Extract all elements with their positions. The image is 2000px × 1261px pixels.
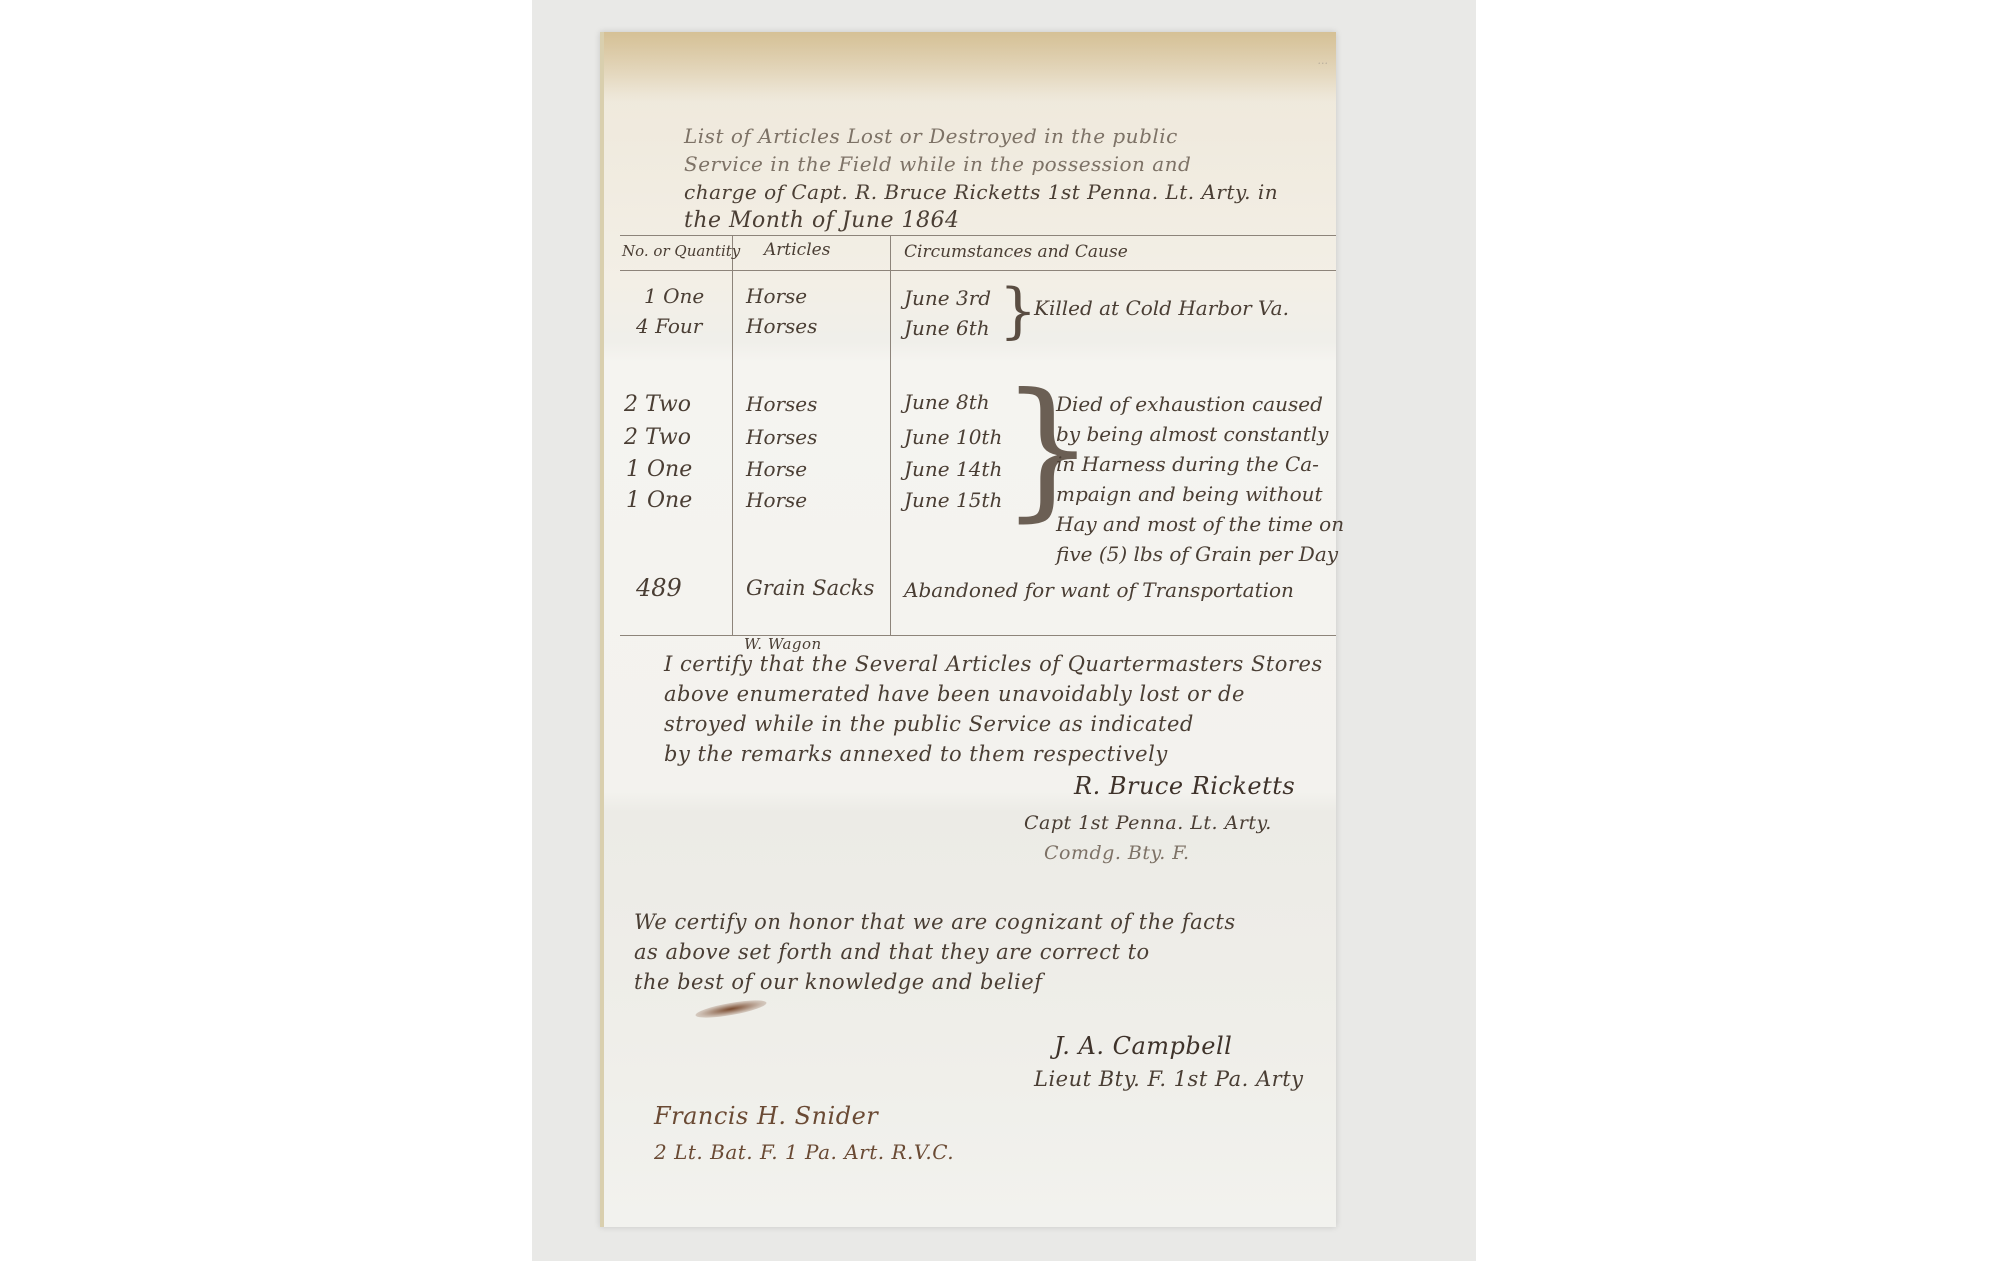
article-cell: Horses [746, 314, 817, 338]
quantity-cell: 4 Four [636, 314, 702, 338]
cause-line: Hay and most of the time on [1056, 512, 1344, 536]
table-top-rule [620, 235, 1336, 236]
header-articles: Articles [764, 240, 830, 260]
article-cell: Horse [746, 457, 807, 481]
quantity-cell: 489 [636, 574, 682, 602]
table-bottom-rule [620, 635, 1336, 636]
cause-line: Died of exhaustion caused [1056, 392, 1323, 416]
title-line-2: Service in the Field while in the posses… [684, 152, 1191, 176]
cause-cell: Killed at Cold Harbor Va. [1034, 296, 1289, 320]
cause-line: five (5) lbs of Grain per Day [1056, 542, 1338, 566]
quantity-cell: 1 One [626, 457, 692, 482]
signature-title-line-2: Comdg. Bty. F. [1044, 842, 1190, 864]
quantity-cell: 2 Two [624, 425, 691, 450]
water-stain [604, 32, 1336, 102]
article-cell: Grain Sacks [746, 576, 874, 600]
cause-line: mpaign and being without [1056, 482, 1323, 506]
quantity-cell: 1 One [644, 284, 704, 308]
signature-snider-title: 2 Lt. Bat. F. 1 Pa. Art. R.V.C. [654, 1140, 954, 1164]
date-cell: June 10th [904, 425, 1002, 449]
date-cell: June 15th [904, 488, 1002, 512]
cause-cell: Abandoned for want of Transportation [904, 578, 1294, 602]
title-line-4: the Month of June 1864 [684, 208, 960, 233]
insert-note: W. Wagon [744, 635, 822, 653]
title-line-3: charge of Capt. R. Bruce Ricketts 1st Pe… [684, 180, 1278, 204]
signature-title-line-1: Capt 1st Penna. Lt. Arty. [1024, 812, 1272, 834]
article-cell: Horses [746, 425, 817, 449]
brace-group-1: } [999, 276, 1037, 346]
date-cell: June 8th [904, 390, 990, 414]
column-divider-2 [890, 235, 891, 635]
brace-group-2: } [1000, 362, 1095, 536]
article-cell: Horse [746, 284, 807, 308]
header-quantity: No. or Quantity [622, 242, 740, 260]
signature-campbell-title: Lieut Bty. F. 1st Pa. Arty [1034, 1067, 1304, 1091]
historical-document-page: ... List of Articles Lost or Destroyed i… [600, 32, 1336, 1227]
header-circumstances: Circumstances and Cause [904, 242, 1128, 262]
quantity-cell: 2 Two [624, 392, 691, 417]
page-number-mark: ... [1318, 54, 1329, 67]
column-divider-1 [732, 235, 733, 635]
signature-snider: Francis H. Snider [654, 1102, 878, 1130]
certification-line-3: stroyed while in the public Service as i… [664, 712, 1194, 736]
quantity-cell: 1 One [626, 488, 692, 513]
article-cell: Horses [746, 392, 817, 416]
certification-line-4: by the remarks annexed to them respectiv… [664, 742, 1168, 766]
certification-line-1: I certify that the Several Articles of Q… [664, 652, 1323, 676]
article-cell: Horse [746, 488, 807, 512]
cause-line: in Harness during the Ca- [1056, 452, 1319, 476]
witness-line-3: the best of our knowledge and belief [634, 970, 1042, 994]
table-header-rule [620, 270, 1336, 271]
date-cell: June 3rd [904, 286, 991, 310]
date-cell: June 6th [904, 316, 990, 340]
signature-campbell: J. A. Campbell [1054, 1032, 1232, 1060]
witness-line-2: as above set forth and that they are cor… [634, 940, 1150, 964]
date-cell: June 14th [904, 457, 1002, 481]
signature-ricketts: R. Bruce Ricketts [1074, 772, 1295, 800]
witness-line-1: We certify on honor that we are cognizan… [634, 910, 1236, 934]
cause-line: by being almost constantly [1056, 422, 1328, 446]
title-line-1: List of Articles Lost or Destroyed in th… [684, 124, 1178, 148]
certification-line-2: above enumerated have been unavoidably l… [664, 682, 1245, 706]
